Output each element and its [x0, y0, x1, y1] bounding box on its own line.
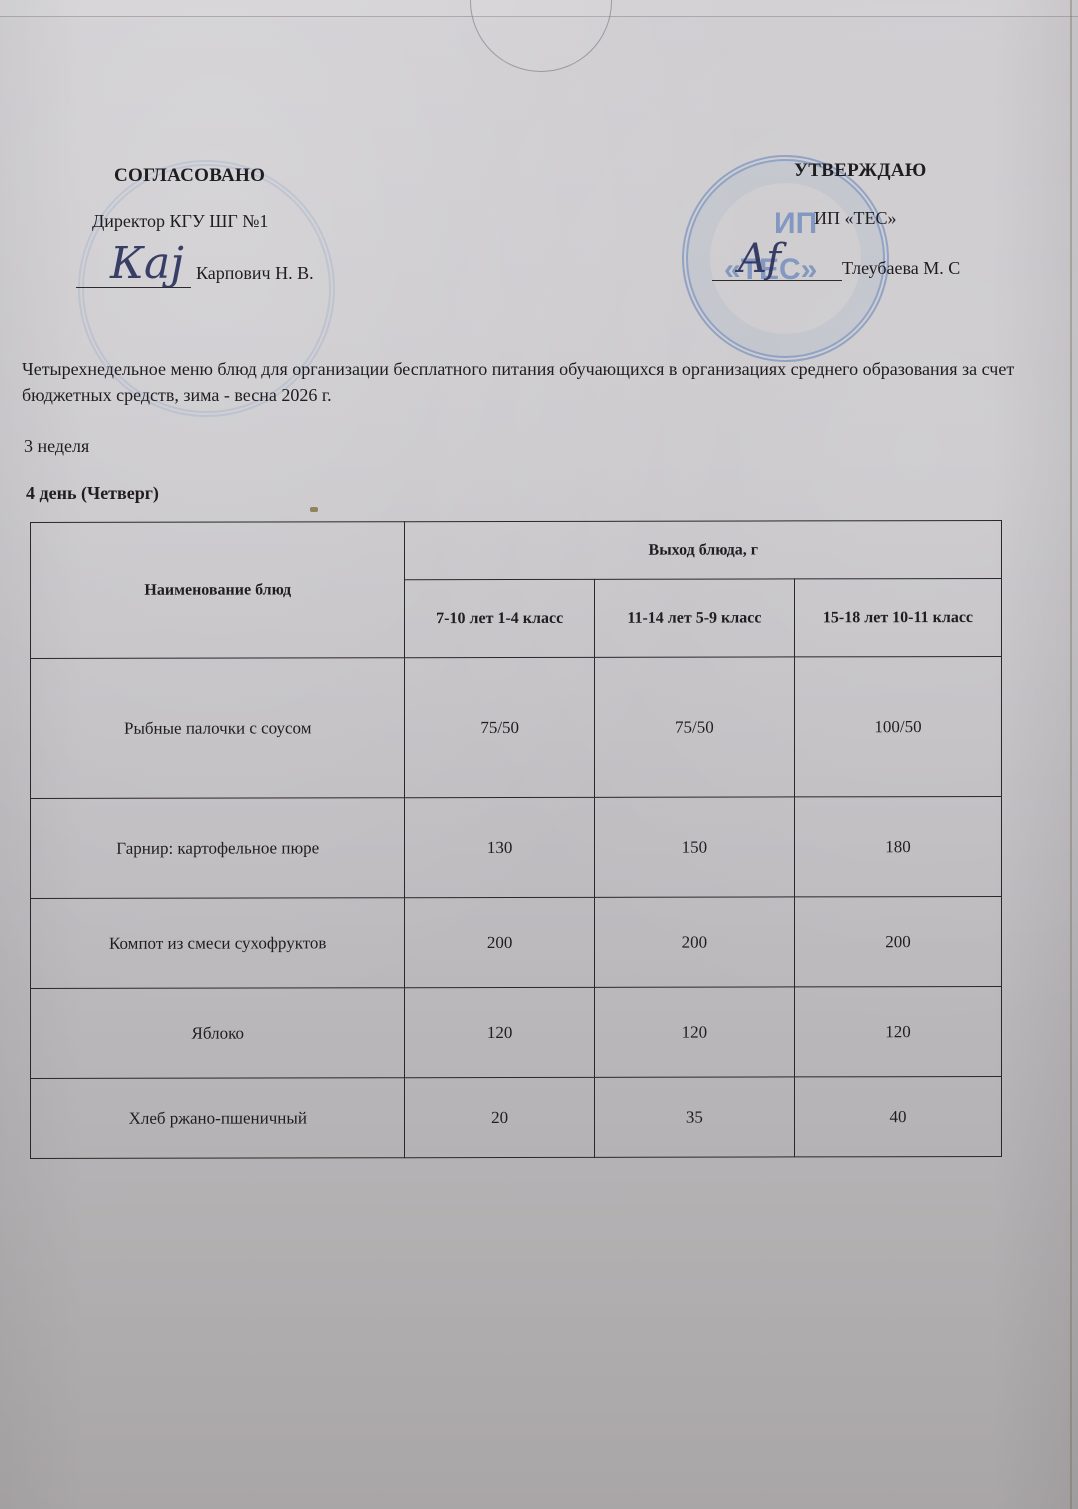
dish-name: Хлеб ржано-пшеничный — [31, 1078, 405, 1159]
signature-line-left — [76, 287, 191, 288]
header-output: Выход блюда, г — [405, 520, 1002, 579]
portion-value: 75/50 — [594, 657, 794, 797]
table-row: Хлеб ржано-пшеничный 20 35 40 — [31, 1076, 1002, 1158]
week-label: 3 неделя — [24, 436, 89, 457]
portion-value: 130 — [405, 797, 594, 897]
header-age-group-1: 7-10 лет 1-4 класс — [405, 579, 594, 657]
portion-value: 20 — [405, 1077, 594, 1157]
portion-value: 200 — [405, 897, 594, 987]
dish-name: Гарнир: картофельное пюре — [31, 798, 405, 899]
director-name: Карпович Н. В. — [196, 263, 314, 284]
portion-value: 150 — [594, 797, 794, 897]
portion-value: 40 — [794, 1076, 1001, 1156]
portion-value: 35 — [594, 1077, 794, 1157]
portion-value: 180 — [794, 796, 1001, 896]
signature-line-right — [712, 280, 842, 281]
approve-heading: УТВЕРЖДАЮ — [794, 160, 1000, 182]
approver-signature: Af — [738, 236, 781, 282]
approve-block: УТВЕРЖДАЮ ИП «ТЕС» Тлеубаева М. С — [700, 160, 1000, 229]
menu-table: Наименование блюд Выход блюда, г 7-10 ле… — [30, 520, 1002, 1159]
day-label: 4 день (Четверг) — [26, 483, 159, 504]
approver-name: Тлеубаева М. С — [842, 258, 960, 279]
table-row: Гарнир: картофельное пюре 130 150 180 — [31, 796, 1002, 898]
table-row: Яблоко 120 120 120 — [31, 986, 1002, 1078]
portion-value: 200 — [594, 897, 794, 987]
agreed-heading: СОГЛАСОВАНО — [114, 165, 376, 187]
dish-name: Яблоко — [31, 988, 405, 1079]
table-row: Компот из смеси сухофруктов 200 200 200 — [31, 896, 1002, 988]
plastic-sleeve-notch — [470, 0, 612, 72]
table-row: Рыбные палочки с соусом 75/50 75/50 100/… — [31, 656, 1002, 798]
director-signature: Каj — [110, 238, 184, 289]
portion-value: 120 — [405, 987, 594, 1077]
paper-speck — [310, 507, 318, 512]
document-title: Четырехнедельное меню блюд для организац… — [22, 356, 1022, 408]
portion-value: 200 — [794, 896, 1001, 986]
agreed-block: СОГЛАСОВАНО Директор КГУ ШГ №1 Карпович … — [76, 165, 376, 232]
page-edge — [1070, 0, 1072, 1509]
dish-name: Рыбные палочки с соусом — [31, 658, 405, 799]
portion-value: 120 — [594, 987, 794, 1077]
header-age-group-3: 15-18 лет 10-11 класс — [794, 578, 1001, 656]
portion-value: 75/50 — [405, 657, 594, 797]
header-age-group-2: 11-14 лет 5-9 класс — [594, 579, 794, 657]
portion-value: 100/50 — [794, 656, 1001, 796]
header-dish-name: Наименование блюд — [31, 522, 405, 659]
director-position: Директор КГУ ШГ №1 — [92, 211, 376, 232]
organization-name: ИП «ТЕС» — [814, 208, 1000, 229]
portion-value: 120 — [794, 986, 1001, 1076]
dish-name: Компот из смеси сухофруктов — [31, 898, 405, 989]
table-header-row: Наименование блюд Выход блюда, г — [31, 520, 1002, 580]
